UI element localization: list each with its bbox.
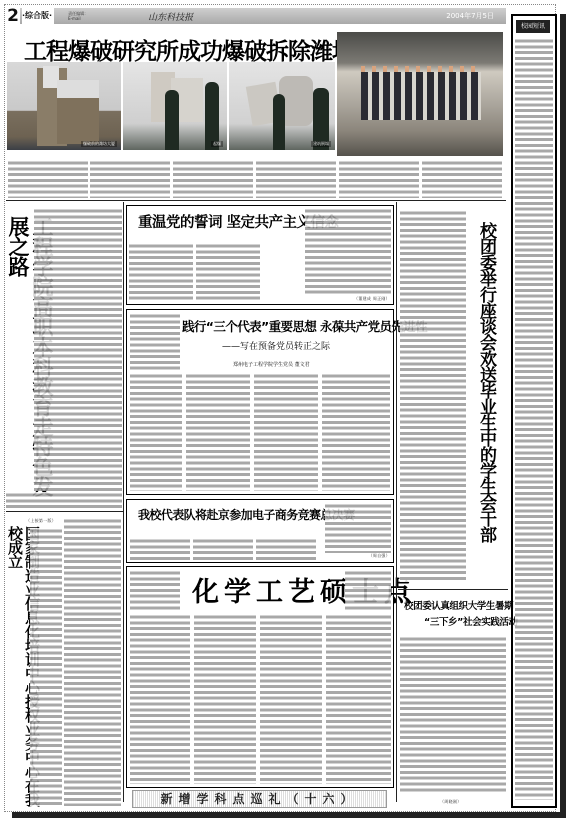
vocational-article-text [34,208,122,491]
issue-date: 2004年7月5日 [446,11,494,21]
three-represents-text [130,373,182,491]
chemistry-text [260,614,322,784]
three-represents-text [186,373,250,491]
photo-caption: 爆破前的潍坊大厦 [81,141,117,147]
photo-demolition-start: 起爆 [123,62,227,150]
chemistry-text [130,614,190,784]
column-rule [396,202,397,802]
photo-building-before: 爆破前的潍坊大厦 [7,62,121,150]
page-shadow-right [560,14,566,814]
chemistry-text [326,614,391,784]
page-shadow-bottom [12,812,566,818]
lead-story-text [339,160,419,198]
page-number: 2 [6,8,20,24]
manufacturing-text [64,518,121,806]
party-oath-text [196,243,260,301]
three-represents-byline: 郑州电子工程学院学生党员 董文君 [233,361,310,368]
manufacturing-lead: （上接第一版） [26,518,62,528]
section-label: ·综合版· [22,8,54,24]
ecommerce-text [193,538,253,560]
youth-league-text [400,210,466,582]
ecommerce-text [256,538,316,560]
chemistry-text [194,614,256,784]
party-oath-text [305,208,391,296]
sidebar-tag: 校园短讯 [516,20,550,33]
youth-league-headline: 校团委举行座谈会欢送毕业生中的学生会干部 [476,222,495,582]
disciplines-banner: 新增学科点巡礼（十六） [132,790,387,808]
editor-info: 责任编辑： E-mail [68,11,88,21]
summer-practice-headline-1: 校团委认真组织大学生暑期 [404,598,513,612]
manufacturing-text [30,528,62,806]
ecommerce-text [130,538,190,560]
photo-caption: 建筑倒塌 [311,141,331,147]
photo-team-on-rubble [337,32,503,156]
chemistry-text [345,570,391,612]
summer-practice-headline-2: “三下乡”社会实践活动 [424,614,518,628]
lead-story-text [90,160,170,198]
ecommerce-signature: （周自强） [350,553,390,560]
sidebar-text [515,38,553,800]
three-represents-text [254,373,318,491]
masthead: 2 ·综合版· 责任编辑： E-mail 山东科技报 2004年7月5日 [6,8,506,24]
three-represents-headline: 践行“三个代表”重要思想 永葆共产党员先进性 [182,317,427,335]
ecommerce-text [325,503,391,553]
divider [398,589,508,590]
lead-story-text [173,160,253,198]
three-represents-subheadline: ——写在预备党员转正之际 [222,339,330,352]
lead-story-text [256,160,336,198]
party-oath-signature: （董建成 周正刚） [330,296,390,303]
photo-demolition-collapse: 建筑倒塌 [229,62,335,150]
chemistry-intro [130,570,180,612]
three-represents-text [322,373,390,491]
lead-story-text [8,160,88,198]
ecommerce-headline: 我校代表队将赴京参加电子商务竞赛总决赛 [138,506,355,523]
divider [6,511,123,512]
three-represents-intro [130,313,180,371]
lead-story-text [422,160,502,198]
party-oath-text [129,243,193,301]
divider [6,200,506,201]
vocational-article-text [6,492,122,510]
column-rule [123,202,124,802]
summer-practice-signature: （周晓刚） [440,799,480,806]
summer-practice-text [400,636,506,794]
paper-logo: 山东科技报 [148,10,193,23]
photo-caption: 起爆 [211,141,223,147]
